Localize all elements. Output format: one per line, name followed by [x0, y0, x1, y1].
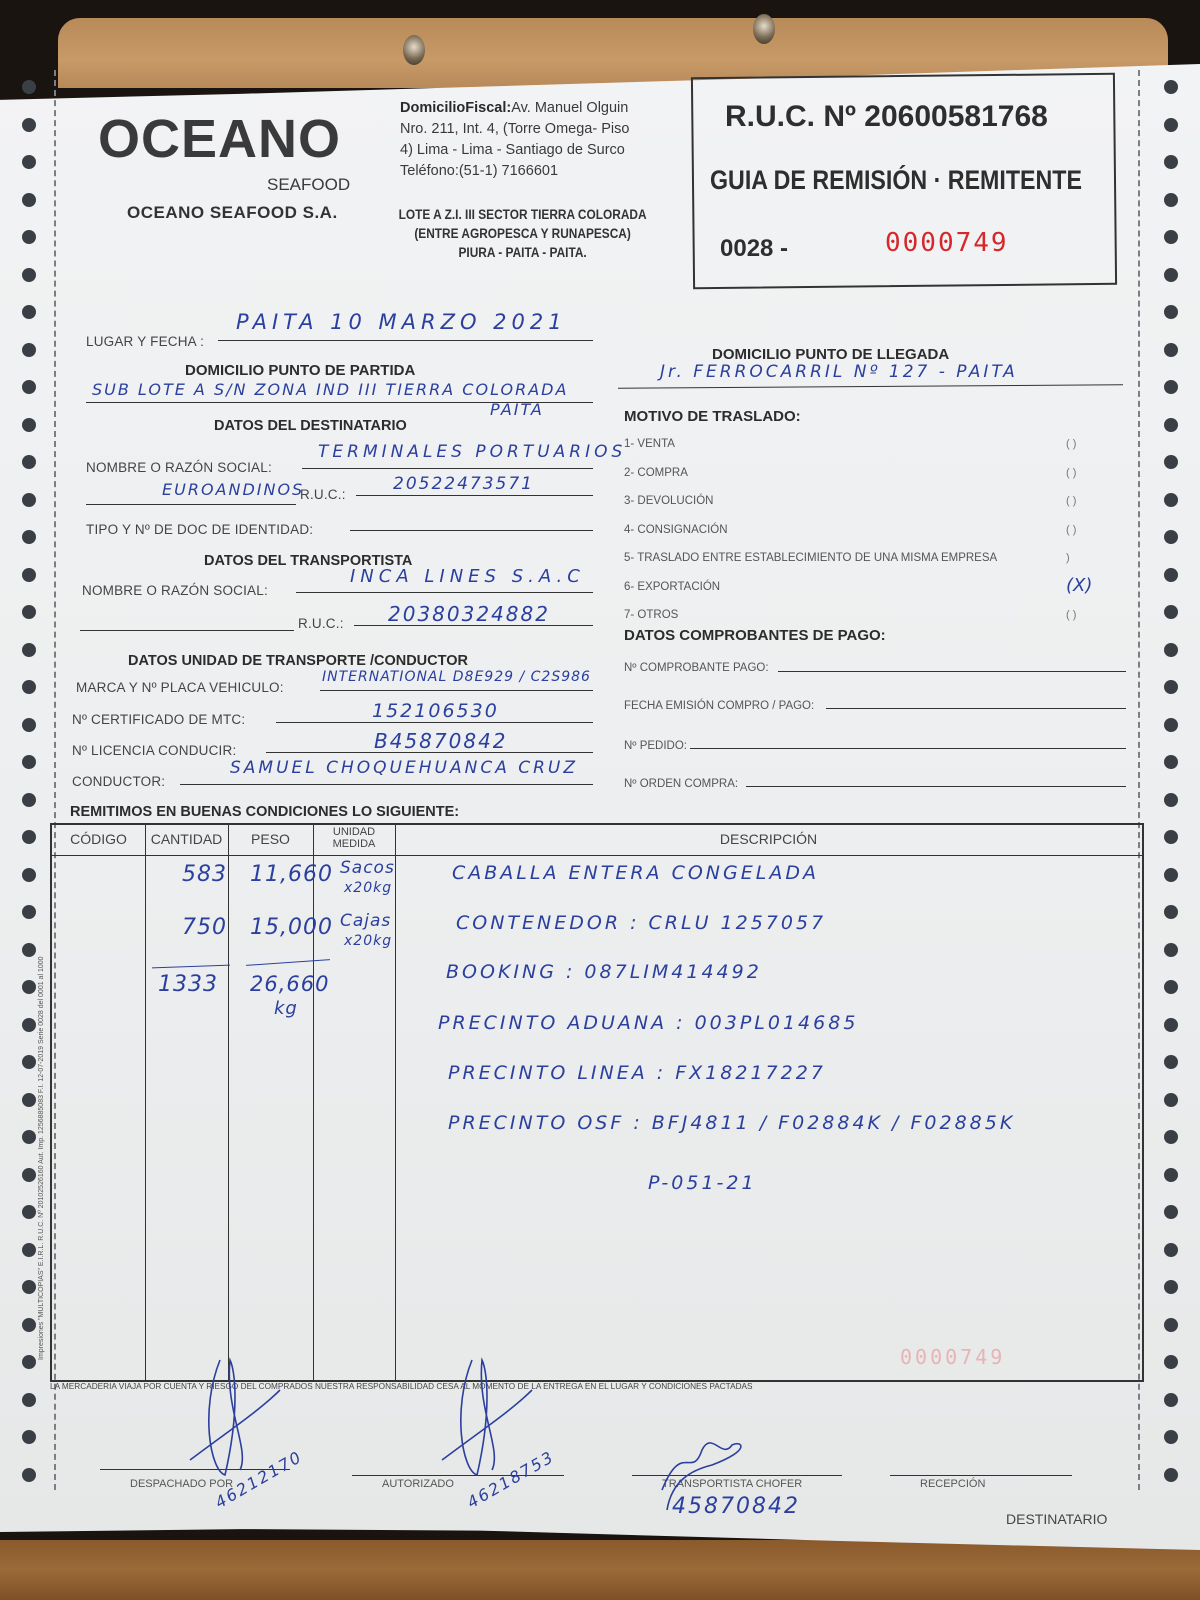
- licencia-field[interactable]: B45870842: [374, 729, 508, 753]
- tractor-hole: [22, 193, 36, 207]
- header-cantidad: CANTIDAD: [145, 831, 228, 847]
- tractor-hole: [1164, 530, 1178, 544]
- clipboard-screw: [403, 35, 425, 65]
- tractor-hole: [22, 605, 36, 619]
- licencia-label: Nº LICENCIA CONDUCIR:: [72, 743, 236, 758]
- tractor-hole: [22, 530, 36, 544]
- row-unidad-detail: x20kg: [344, 880, 392, 896]
- plant-address-line: PIURA - PAITA - PAITA.: [395, 243, 650, 262]
- tractor-hole: [1164, 1093, 1178, 1107]
- tractor-hole: [22, 568, 36, 582]
- tractor-hole: [22, 155, 36, 169]
- tractor-hole: [1164, 868, 1178, 882]
- destinatario-title: DATOS DEL DESTINATARIO: [214, 418, 407, 434]
- partida-title: DOMICILIO PUNTO DE PARTIDA: [185, 362, 415, 379]
- company-logo: OCEANO: [98, 108, 341, 170]
- fiscal-address-line: 4) Lima - Lima - Santiago de Surco: [400, 142, 625, 158]
- company-phone: Teléfono:(51-1) 7166601: [400, 163, 558, 179]
- description-line: PRECINTO LINEA : FX18217227: [448, 1062, 826, 1084]
- tractor-hole: [22, 493, 36, 507]
- tractor-hole: [22, 418, 36, 432]
- destinatario-doc-label: TIPO Y Nº DE DOC DE IDENTIDAD:: [86, 522, 313, 537]
- total-peso: 26,660: [250, 972, 329, 996]
- fecha-emision-label: FECHA EMISIÓN COMPRO / PAGO:: [624, 700, 814, 712]
- llegada-title: DOMICILIO PUNTO DE LLEGADA: [712, 346, 949, 363]
- mtc-field[interactable]: 152106530: [372, 700, 499, 722]
- tractor-hole: [22, 1393, 36, 1407]
- tractor-hole: [22, 1355, 36, 1369]
- tractor-hole: [1164, 1318, 1178, 1332]
- tractor-hole: [1164, 1055, 1178, 1069]
- tractor-hole: [22, 343, 36, 357]
- document-type: GUIA DE REMISIÓN · REMITENTE: [710, 165, 1082, 196]
- fiscal-address-line: Av. Manuel Olguin: [511, 100, 628, 116]
- tractor-hole: [22, 1280, 36, 1294]
- placa-field[interactable]: INTERNATIONAL D8E929 / C2S986: [322, 669, 591, 685]
- company-logo-sub: SEAFOOD: [267, 175, 350, 195]
- header-peso: PESO: [228, 831, 313, 847]
- field-underline: [320, 690, 593, 691]
- tractor-hole: [22, 1168, 36, 1182]
- tractor-hole: [1164, 1430, 1178, 1444]
- motivo-option-label: 2- COMPRA: [624, 467, 688, 479]
- signature-scribble: [432, 1350, 542, 1480]
- motivo-title: MOTIVO DE TRASLADO:: [624, 408, 801, 425]
- motivo-checkbox[interactable]: ( ): [1066, 495, 1076, 507]
- description-line: BOOKING : 087LIM414492: [446, 961, 762, 983]
- tractor-hole: [22, 643, 36, 657]
- column-divider: [228, 825, 229, 1380]
- tractor-hole: [22, 230, 36, 244]
- destinatario-nombre-field-2[interactable]: EUROANDINOS: [162, 480, 304, 499]
- tractor-hole: [22, 1205, 36, 1219]
- destinatario-nombre-label: NOMBRE O RAZÓN SOCIAL:: [86, 460, 272, 475]
- field-underline: [296, 592, 593, 593]
- tractor-hole: [1164, 905, 1178, 919]
- row-peso: 15,000: [250, 915, 333, 940]
- tractor-hole: [22, 905, 36, 919]
- motivo-option-label: 5- TRASLADO ENTRE ESTABLECIMIENTO DE UNA…: [624, 552, 997, 564]
- comprobante-field[interactable]: [778, 671, 1126, 672]
- tractor-hole: [22, 118, 36, 132]
- tractor-hole: [1164, 118, 1178, 132]
- tractor-hole: [22, 868, 36, 882]
- row-cantidad: 750: [182, 915, 227, 940]
- printer-note: Impresiones "MULTICOPIAS" E.I.R.L. R.U.C…: [38, 956, 45, 1360]
- field-underline: [218, 340, 593, 341]
- tractor-hole: [1164, 418, 1178, 432]
- orden-compra-label: Nº ORDEN COMPRA:: [624, 778, 738, 790]
- comprobante-label: Nº COMPROBANTE PAGO:: [624, 662, 769, 674]
- pago-title: DATOS COMPROBANTES DE PAGO:: [624, 627, 886, 644]
- header-descripcion: DESCRIPCIÓN: [395, 831, 1142, 847]
- document-serie: 0028 -: [720, 235, 788, 263]
- carbon-copy-number: 0000749: [900, 1345, 1005, 1369]
- tractor-hole: [1164, 455, 1178, 469]
- tractor-hole: [1164, 80, 1178, 94]
- tractor-hole: [1164, 268, 1178, 282]
- partida-field[interactable]: SUB LOTE A S/N ZONA IND III TIERRA COLOR…: [92, 380, 568, 399]
- field-underline: [86, 504, 296, 505]
- tractor-feed-holes-right: [1160, 80, 1184, 1500]
- lugar-fecha-label: LUGAR Y FECHA :: [86, 334, 204, 349]
- tractor-hole: [22, 755, 36, 769]
- row-unidad: Cajas: [340, 911, 391, 931]
- row-unidad: Sacos: [340, 858, 395, 878]
- tractor-hole: [22, 830, 36, 844]
- field-underline: [350, 530, 593, 531]
- column-divider: [395, 825, 396, 1380]
- motivo-checkbox[interactable]: ( ): [1066, 467, 1076, 479]
- mtc-label: Nº CERTIFICADO DE MTC:: [72, 712, 245, 727]
- total-cantidad: 1333: [158, 972, 218, 997]
- tractor-hole: [1164, 568, 1178, 582]
- tractor-hole: [1164, 1393, 1178, 1407]
- tractor-hole: [1164, 1355, 1178, 1369]
- tractor-hole: [22, 680, 36, 694]
- disclaimer-text: LA MERCADERIA VIAJA POR CUENTA Y RIESGO …: [50, 1381, 753, 1391]
- tractor-hole: [22, 1318, 36, 1332]
- signature-scribble: [652, 1420, 762, 1550]
- tractor-hole: [1164, 305, 1178, 319]
- tractor-hole: [22, 80, 36, 94]
- motivo-checkbox[interactable]: ): [1066, 552, 1070, 564]
- tractor-hole: [1164, 943, 1178, 957]
- tractor-hole: [1164, 980, 1178, 994]
- placa-label: MARCA Y Nº PLACA VEHICULO:: [76, 680, 284, 695]
- plant-address-line: (ENTRE AGROPESCA Y RUNAPESCA): [395, 224, 650, 243]
- fiscal-address: DomicilioFiscal:Av. Manuel Olguin Nro. 2…: [400, 98, 680, 182]
- tractor-hole: [1164, 643, 1178, 657]
- field-underline: [302, 468, 593, 469]
- row-peso: 11,660: [250, 862, 333, 887]
- tractor-hole: [1164, 1243, 1178, 1257]
- tractor-hole: [1164, 380, 1178, 394]
- plant-address-line: LOTE A Z.I. III SECTOR TIERRA COLORADA: [395, 205, 650, 224]
- description-line: CONTENEDOR : CRLU 1257057: [456, 912, 826, 934]
- tractor-hole: [1164, 1168, 1178, 1182]
- pedido-field[interactable]: [690, 748, 1126, 749]
- motivo-option-label: 3- DEVOLUCIÓN: [624, 495, 713, 507]
- tractor-hole: [1164, 1018, 1178, 1032]
- tractor-hole: [22, 793, 36, 807]
- tractor-hole: [22, 1130, 36, 1144]
- field-underline: [80, 630, 294, 631]
- field-underline: [276, 722, 593, 723]
- items-table: CÓDIGO CANTIDAD PESO UNIDAD MEDIDA DESCR…: [50, 823, 1144, 1382]
- partida-field-2[interactable]: PAITA: [490, 400, 544, 419]
- items-title: REMITIMOS EN BUENAS CONDICIONES LO SIGUI…: [70, 804, 459, 820]
- transportista-nombre-field[interactable]: INCA LINES S.A.C: [350, 566, 585, 587]
- tractor-hole: [22, 980, 36, 994]
- table-header-divider: [52, 855, 1142, 856]
- header-unidad: UNIDAD MEDIDA: [313, 826, 395, 850]
- motivo-checkbox-checked[interactable]: (X): [1066, 575, 1092, 596]
- llegada-field[interactable]: Jr. FERROCARRIL Nº 127 - PAITA: [660, 362, 1018, 382]
- tractor-hole: [1164, 830, 1178, 844]
- company-ruc: R.U.C. Nº 20600581768: [725, 100, 1048, 134]
- destinatario-ruc-label: R.U.C.:: [300, 487, 346, 502]
- tractor-hole: [22, 455, 36, 469]
- tractor-hole: [22, 1243, 36, 1257]
- tractor-hole: [1164, 493, 1178, 507]
- tractor-hole: [22, 1093, 36, 1107]
- document-number: 0000749: [885, 228, 1009, 258]
- tractor-hole: [1164, 193, 1178, 207]
- tractor-hole: [22, 1430, 36, 1444]
- fiscal-label: DomicilioFiscal:: [400, 100, 511, 116]
- tractor-hole: [1164, 718, 1178, 732]
- tractor-hole: [22, 380, 36, 394]
- fiscal-address-line: Nro. 211, Int. 4, (Torre Omega- Piso: [400, 121, 629, 137]
- row-unidad-detail: x20kg: [344, 933, 392, 949]
- motivo-option-label: 7- OTROS: [624, 609, 678, 621]
- clipboard-board-bottom: [0, 1540, 1200, 1600]
- motivo-option-label: 1- VENTA: [624, 438, 675, 450]
- copy-label: DESTINATARIO: [1006, 1511, 1107, 1527]
- transportista-ruc-label: R.U.C.:: [298, 616, 344, 631]
- header-codigo: CÓDIGO: [52, 831, 145, 847]
- tractor-hole: [22, 943, 36, 957]
- motivo-checkbox[interactable]: ( ): [1066, 609, 1076, 621]
- tractor-hole: [22, 1055, 36, 1069]
- conductor-field[interactable]: SAMUEL CHOQUEHUANCA CRUZ: [230, 758, 578, 778]
- fecha-emision-field[interactable]: [826, 708, 1126, 709]
- column-divider: [313, 825, 314, 1380]
- unidad-title: DATOS UNIDAD DE TRANSPORTE /CONDUCTOR: [128, 653, 468, 669]
- column-divider: [145, 825, 146, 1380]
- signature-line[interactable]: [890, 1475, 1072, 1476]
- field-underline: [180, 784, 593, 785]
- tractor-hole: [22, 1468, 36, 1482]
- description-line: CABALLA ENTERA CONGELADA: [452, 862, 819, 884]
- tractor-hole: [1164, 680, 1178, 694]
- tractor-hole: [1164, 1130, 1178, 1144]
- tractor-hole: [1164, 1205, 1178, 1219]
- orden-compra-field[interactable]: [746, 786, 1126, 787]
- tractor-hole: [1164, 1468, 1178, 1482]
- tractor-hole: [1164, 343, 1178, 357]
- tractor-hole: [22, 1018, 36, 1032]
- tractor-hole: [22, 305, 36, 319]
- tractor-hole: [22, 268, 36, 282]
- description-line: PRECINTO OSF : BFJ4811 / F02884K / F0288…: [448, 1112, 1015, 1134]
- signature-label: RECEPCIÓN: [920, 1478, 985, 1490]
- motivo-checkbox[interactable]: ( ): [1066, 524, 1076, 536]
- description-line: P-051-21: [648, 1172, 757, 1194]
- company-legal-name: OCEANO SEAFOOD S.A.: [127, 203, 338, 223]
- pedido-label: Nº PEDIDO:: [624, 740, 687, 752]
- tractor-hole: [1164, 755, 1178, 769]
- clipboard-screw: [753, 14, 775, 44]
- tractor-hole: [1164, 155, 1178, 169]
- signature-scribble: [180, 1350, 290, 1480]
- tractor-hole: [1164, 1280, 1178, 1294]
- motivo-option-label: 6- EXPORTACIÓN: [624, 581, 720, 593]
- transportista-ruc-field[interactable]: 20380324882: [388, 602, 550, 626]
- tractor-hole: [1164, 605, 1178, 619]
- lugar-fecha-field[interactable]: PAITA 10 MARZO 2021: [236, 310, 567, 334]
- destinatario-nombre-field[interactable]: TERMINALES PORTUARIOS: [318, 442, 626, 462]
- tractor-hole: [1164, 230, 1178, 244]
- conductor-label: CONDUCTOR:: [72, 774, 165, 789]
- tractor-hole: [1164, 793, 1178, 807]
- motivo-option-label: 4- CONSIGNACIÓN: [624, 524, 728, 536]
- motivo-checkbox[interactable]: ( ): [1066, 438, 1076, 450]
- description-line: PRECINTO ADUANA : 003PL014685: [438, 1012, 858, 1034]
- tractor-hole: [22, 718, 36, 732]
- plant-address: LOTE A Z.I. III SECTOR TIERRA COLORADA (…: [395, 205, 650, 262]
- row-cantidad: 583: [182, 862, 227, 887]
- total-peso-unit: kg: [274, 998, 298, 1019]
- transportista-nombre-label: NOMBRE O RAZÓN SOCIAL:: [82, 583, 268, 598]
- field-underline: [356, 495, 593, 496]
- destinatario-ruc-field[interactable]: 20522473571: [393, 474, 534, 494]
